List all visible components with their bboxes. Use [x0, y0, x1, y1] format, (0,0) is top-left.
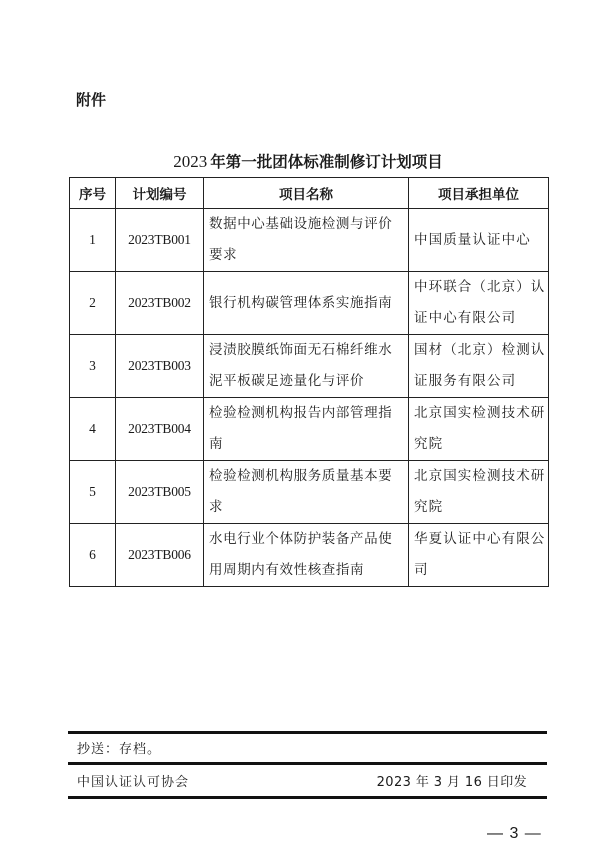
row-name: 水电行业个体防护装备产品使用周期内有效性核查指南 — [204, 524, 409, 587]
row-name: 浸渍胶膜纸饰面无石棉纤维水泥平板碳足迹量化与评价 — [204, 335, 409, 398]
header-code: 计划编号 — [116, 178, 204, 209]
table-row: 3 2023TB003 浸渍胶膜纸饰面无石棉纤维水泥平板碳足迹量化与评价 国材（… — [70, 335, 549, 398]
footer-organization: 中国认证认可协会 — [77, 771, 189, 790]
row-code: 2023TB001 — [116, 209, 204, 272]
table-row: 5 2023TB005 检验检测机构服务质量基本要求 北京国实检测技术研究院 — [70, 461, 549, 524]
plan-table: 序号 计划编号 项目名称 项目承担单位 1 2023TB001 数据中心基础设施… — [69, 177, 549, 587]
row-name: 检验检测机构服务质量基本要求 — [204, 461, 409, 524]
footer-cc: 抄送：存档。 — [77, 738, 161, 757]
row-code: 2023TB005 — [116, 461, 204, 524]
row-name: 银行机构碳管理体系实施指南 — [204, 272, 409, 335]
row-unit: 国材（北京）检测认证服务有限公司 — [409, 335, 549, 398]
footer-issue-date: 2023 年 3 月 16 日印发 — [377, 771, 527, 790]
row-code: 2023TB006 — [116, 524, 204, 587]
row-index: 3 — [70, 335, 116, 398]
row-unit: 北京国实检测技术研究院 — [409, 461, 549, 524]
table-row: 2 2023TB002 银行机构碳管理体系实施指南 中环联合（北京）认证中心有限… — [70, 272, 549, 335]
row-unit: 中环联合（北京）认证中心有限公司 — [409, 272, 549, 335]
page-number: — 3 — — [487, 825, 542, 843]
row-code: 2023TB004 — [116, 398, 204, 461]
header-index: 序号 — [70, 178, 116, 209]
row-unit: 北京国实检测技术研究院 — [409, 398, 549, 461]
row-index: 1 — [70, 209, 116, 272]
row-index: 4 — [70, 398, 116, 461]
row-index: 5 — [70, 461, 116, 524]
header-unit: 项目承担单位 — [409, 178, 549, 209]
table-header-row: 序号 计划编号 项目名称 项目承担单位 — [70, 178, 549, 209]
row-unit: 中国质量认证中心 — [409, 209, 549, 272]
title-text: 年第一批团体标准制修订计划项目 — [210, 152, 443, 171]
row-unit: 华夏认证中心有限公司 — [409, 524, 549, 587]
footer-rule-middle — [68, 762, 547, 765]
row-code: 2023TB002 — [116, 272, 204, 335]
row-index: 6 — [70, 524, 116, 587]
row-code: 2023TB003 — [116, 335, 204, 398]
row-index: 2 — [70, 272, 116, 335]
header-name: 项目名称 — [204, 178, 409, 209]
footer-rule-bottom — [68, 796, 547, 799]
table-row: 6 2023TB006 水电行业个体防护装备产品使用周期内有效性核查指南 华夏认… — [70, 524, 549, 587]
title-year: 2023 — [173, 152, 207, 171]
row-name: 数据中心基础设施检测与评价要求 — [204, 209, 409, 272]
table-row: 4 2023TB004 检验检测机构报告内部管理指南 北京国实检测技术研究院 — [70, 398, 549, 461]
table-row: 1 2023TB001 数据中心基础设施检测与评价要求 中国质量认证中心 — [70, 209, 549, 272]
attachment-label: 附件 — [76, 89, 106, 110]
row-name: 检验检测机构报告内部管理指南 — [204, 398, 409, 461]
footer-rule-top — [68, 731, 547, 734]
document-title: 2023年第一批团体标准制修订计划项目 — [0, 150, 610, 172]
